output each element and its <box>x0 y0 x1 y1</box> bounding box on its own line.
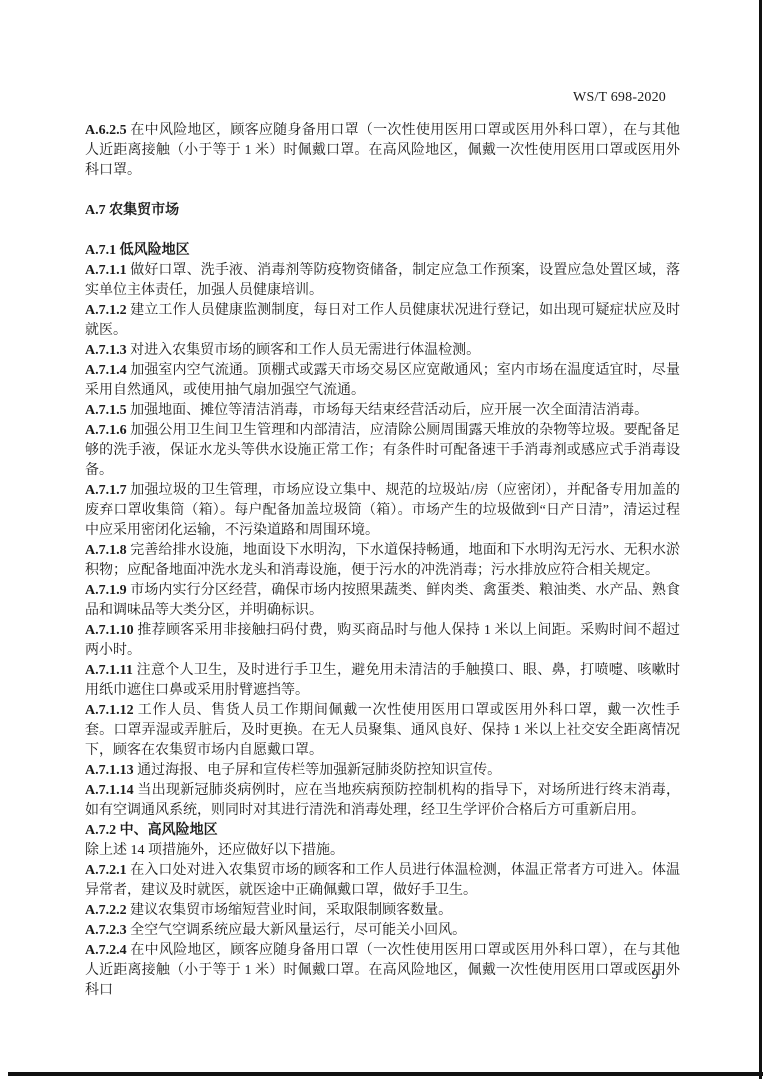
clause-text: 完善给排水设施，地面设下水明沟，下水道保持畅通，地面和下水明沟无污水、无积水淤积… <box>85 543 680 578</box>
clause-number: A.7.1.13 <box>85 763 137 778</box>
paragraph: A.7.1.12 工作人员、售货人员工作期间佩戴一次性使用医用口罩或医用外科口罩… <box>85 701 680 761</box>
clause-text: 建议农集贸市场缩短营业时间，采取限制顾客数量。 <box>130 903 452 918</box>
clause-number: A.7 <box>85 203 109 218</box>
clause-text: 加强公用卫生间卫生管理和内部清洁，应清除公厕周围露天堆放的杂物等垃圾。要配备足够… <box>85 423 680 478</box>
clause-number: A.7.1.8 <box>85 543 130 558</box>
clause-number: A.6.2.5 <box>85 123 130 138</box>
clause-text: 推荐顾客采用非接触扫码付费，购买商品时与他人保持 1 米以上间距。采购时间不超过… <box>85 623 680 658</box>
paragraph: A.7.1.11 注意个人卫生，及时进行手卫生，避免用未清洁的手触摸口、眼、鼻，… <box>85 661 680 701</box>
clause-number: A.7.1.3 <box>85 343 130 358</box>
clause-number: A.7.2.2 <box>85 903 130 918</box>
clause-text: 在中风险地区，顾客应随身备用口罩（一次性使用医用口罩或医用外科口罩），在与其他人… <box>85 943 680 998</box>
clause-text: 全空气空调系统应最大新风量运行，尽可能关小回风。 <box>130 923 466 938</box>
clause-text: 做好口罩、洗手液、消毒剂等防疫物资储备，制定应急工作预案，设置应急处置区域，落实… <box>85 263 680 298</box>
paragraph: A.7 农集贸市场 <box>85 201 680 221</box>
clause-number: A.7.2.4 <box>85 943 130 958</box>
paragraph: A.7.1.7 加强垃圾的卫生管理，市场应设立集中、规范的垃圾站/房（应密闭），… <box>85 481 680 541</box>
clause-number: A.7.1.1 <box>85 263 130 278</box>
clause-text: 在入口处对进入农集贸市场的顾客和工作人员进行体温检测，体温正常者方可进入。体温异… <box>85 863 680 898</box>
clause-text: 注意个人卫生，及时进行手卫生，避免用未清洁的手触摸口、眼、鼻，打喷嚏、咳嗽时用纸… <box>85 663 680 698</box>
clause-number: A.7.1.9 <box>85 583 130 598</box>
clause-number: A.7.1.12 <box>85 703 138 718</box>
clause-text: 加强地面、摊位等清洁消毒，市场每天结束经营活动后，应开展一次全面清洁消毒。 <box>130 403 648 418</box>
clause-text: 通过海报、电子屏和宣传栏等加强新冠肺炎防控知识宣传。 <box>137 763 501 778</box>
paragraph: A.7.2.3 全空气空调系统应最大新风量运行，尽可能关小回风。 <box>85 921 680 941</box>
clause-number: A.7.1.14 <box>85 783 137 798</box>
clause-number: A.7.1.10 <box>85 623 137 638</box>
paragraph: A.7.2.2 建议农集贸市场缩短营业时间，采取限制顾客数量。 <box>85 901 680 921</box>
paragraph: A.7.1.4 加强室内空气流通。顶棚式或露天市场交易区应宽敞通风；室内市场在温… <box>85 361 680 401</box>
clause-number: A.7.1.4 <box>85 363 130 378</box>
clause-text: 市场内实行分区经营，确保市场内按照果蔬类、鲜肉类、禽蛋类、粮油类、水产品、熟食品… <box>85 583 680 618</box>
clause-number: A.7.1.5 <box>85 403 130 418</box>
paragraph: A.7.1.14 当出现新冠肺炎病例时，应在当地疾病预防控制机构的指导下，对场所… <box>85 781 680 821</box>
clause-number: A.7.2.1 <box>85 863 130 878</box>
paragraph: A.7.1.3 对进入农集贸市场的顾客和工作人员无需进行体温检测。 <box>85 341 680 361</box>
paragraph: A.7.1.5 加强地面、摊位等清洁消毒，市场每天结束经营活动后，应开展一次全面… <box>85 401 680 421</box>
clause-text: 对进入农集贸市场的顾客和工作人员无需进行体温检测。 <box>130 343 480 358</box>
clause-number: A.7.1.2 <box>85 303 130 318</box>
clause-number: A.7.1.6 <box>85 423 130 438</box>
paragraph: A.7.1.8 完善给排水设施，地面设下水明沟，下水道保持畅通，地面和下水明沟无… <box>85 541 680 581</box>
paragraph: A.7.1 低风险地区 <box>85 241 680 261</box>
paragraph: A.7.2 中、高风险地区 <box>85 821 680 841</box>
clause-text: 在中风险地区，顾客应随身备用口罩（一次性使用医用口罩或医用外科口罩），在与其他人… <box>85 123 680 178</box>
paragraph: A.7.1.10 推荐顾客采用非接触扫码付费，购买商品时与他人保持 1 米以上间… <box>85 621 680 661</box>
clause-number: A.7.2.3 <box>85 923 130 938</box>
paragraph: A.7.1.2 建立工作人员健康监测制度，每日对工作人员健康状况进行登记，如出现… <box>85 301 680 341</box>
paragraph: A.7.1.13 通过海报、电子屏和宣传栏等加强新冠肺炎防控知识宣传。 <box>85 761 680 781</box>
clause-text: 加强室内空气流通。顶棚式或露天市场交易区应宽敞通风；室内市场在温度适宜时，尽量采… <box>85 363 680 398</box>
document-page: WS/T 698-2020 A.6.2.5 在中风险地区，顾客应随身备用口罩（一… <box>0 0 763 1079</box>
paragraph: A.7.2.4 在中风险地区，顾客应随身备用口罩（一次性使用医用口罩或医用外科口… <box>85 941 680 1001</box>
document-body: A.6.2.5 在中风险地区，顾客应随身备用口罩（一次性使用医用口罩或医用外科口… <box>85 121 680 1001</box>
paragraph: A.6.2.5 在中风险地区，顾客应随身备用口罩（一次性使用医用口罩或医用外科口… <box>85 121 680 181</box>
clause-number: A.7.1.7 <box>85 483 130 498</box>
paragraph: 除上述 14 项措施外，还应做好以下措施。 <box>85 841 680 861</box>
clause-text: 中、高风险地区 <box>120 823 218 838</box>
clause-text: 建立工作人员健康监测制度，每日对工作人员健康状况进行登记，如出现可疑症状应及时就… <box>85 303 680 338</box>
paragraph: A.7.1.6 加强公用卫生间卫生管理和内部清洁，应清除公厕周围露天堆放的杂物等… <box>85 421 680 481</box>
clause-text: 农集贸市场 <box>109 203 179 218</box>
scan-edge-right-line <box>759 0 762 1079</box>
clause-number: A.7.1 <box>85 243 120 258</box>
paragraph: A.7.1.9 市场内实行分区经营，确保市场内按照果蔬类、鲜肉类、禽蛋类、粮油类… <box>85 581 680 621</box>
scan-edge-bottom-line <box>8 1072 763 1076</box>
clause-text: 低风险地区 <box>120 243 190 258</box>
page-number: 9 <box>645 967 665 985</box>
clause-text: 除上述 14 项措施外，还应做好以下措施。 <box>85 843 344 858</box>
paragraph: A.7.1.1 做好口罩、洗手液、消毒剂等防疫物资储备，制定应急工作预案，设置应… <box>85 261 680 301</box>
paragraph: A.7.2.1 在入口处对进入农集贸市场的顾客和工作人员进行体温检测，体温正常者… <box>85 861 680 901</box>
standard-number-header: WS/T 698-2020 <box>0 90 763 106</box>
clause-number: A.7.2 <box>85 823 120 838</box>
clause-number: A.7.1.11 <box>85 663 137 678</box>
clause-text: 工作人员、售货人员工作期间佩戴一次性使用医用口罩或医用外科口罩，戴一次性手套。口… <box>85 703 680 758</box>
clause-text: 当出现新冠肺炎病例时，应在当地疾病预防控制机构的指导下，对场所进行终末消毒，如有… <box>85 783 680 818</box>
clause-text: 加强垃圾的卫生管理，市场应设立集中、规范的垃圾站/房（应密闭），并配备专用加盖的… <box>85 483 680 538</box>
